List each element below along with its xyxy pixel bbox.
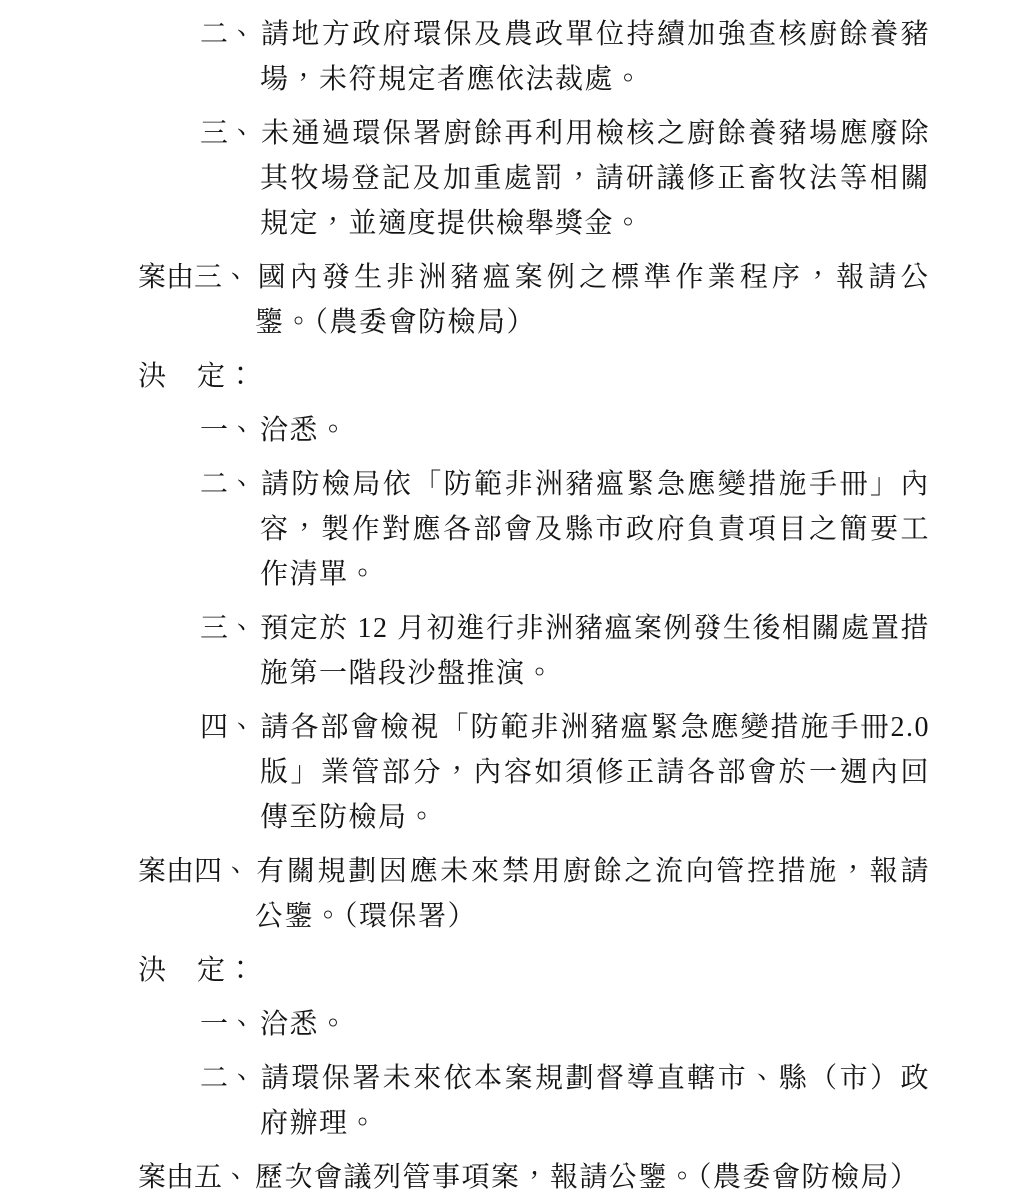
document-page: 二、請地方政府環保及農政單位持續加強查核廚餘養豬場，未符規定者應依法裁處。三、未… <box>0 0 1030 1200</box>
paragraph-text: 國內發生非洲豬瘟案例之標準作業程序，報請公鑒。（農委會防檢局） <box>255 262 930 338</box>
paragraph-label: 三、 <box>200 606 260 651</box>
list-item-paragraph: 三、預定於 12 月初進行非洲豬瘟案例發生後相關處置措施第一階段沙盤推演。 <box>200 606 930 696</box>
paragraph-text: 洽悉。 <box>260 1009 349 1040</box>
list-item-paragraph: 二、請地方政府環保及農政單位持續加強查核廚餘養豬場，未符規定者應依法裁處。 <box>200 12 930 102</box>
list-item-paragraph: 二、請環保署未來依本案規劃督導直轄市、縣（市）政府辦理。 <box>200 1056 930 1146</box>
paragraph-label: 案由三、 <box>138 255 255 300</box>
paragraph-label: 決 定： <box>138 361 256 392</box>
paragraph-label: 四、 <box>200 705 260 750</box>
paragraph-text: 歷次會議列管事項案，報請公鑒。（農委會防檢局） <box>255 1162 920 1193</box>
paragraph-text: 有關規劃因應未來禁用廚餘之流向管控措施，報請公鑒。（環保署） <box>255 856 930 932</box>
list-item-paragraph: 三、未通過環保署廚餘再利用檢核之廚餘養豬場應廢除其牧場登記及加重處罰，請研議修正… <box>200 111 930 246</box>
paragraph-text: 洽悉。 <box>260 415 349 446</box>
list-item-paragraph: 四、請各部會檢視「防範非洲豬瘟緊急應變措施手冊2.0版」業管部分，內容如須修正請… <box>200 705 930 840</box>
paragraph-label: 二、 <box>200 462 260 507</box>
case-heading-paragraph: 案由五、歷次會議列管事項案，報請公鑒。（農委會防檢局） <box>138 1155 930 1200</box>
paragraph-label: 決 定： <box>138 955 256 986</box>
paragraph-label: 案由五、 <box>138 1155 255 1200</box>
paragraph-label: 三、 <box>200 111 260 156</box>
paragraph-label: 一、 <box>200 1002 260 1047</box>
paragraph-text: 未通過環保署廚餘再利用檢核之廚餘養豬場應廢除其牧場登記及加重處罰，請研議修正畜牧… <box>260 118 930 239</box>
paragraph-label: 案由四、 <box>138 849 255 894</box>
paragraph-text: 請各部會檢視「防範非洲豬瘟緊急應變措施手冊2.0版」業管部分，內容如須修正請各部… <box>260 712 930 833</box>
list-item-paragraph: 二、請防檢局依「防範非洲豬瘟緊急應變措施手冊」內容，製作對應各部會及縣市政府負責… <box>200 462 930 597</box>
document-body: 二、請地方政府環保及農政單位持續加強查核廚餘養豬場，未符規定者應依法裁處。三、未… <box>138 12 930 1200</box>
paragraph-label: 二、 <box>200 12 260 57</box>
case-heading-paragraph: 案由四、有關規劃因應未來禁用廚餘之流向管控措施，報請公鑒。（環保署） <box>138 849 930 939</box>
case-heading-paragraph: 案由三、國內發生非洲豬瘟案例之標準作業程序，報請公鑒。（農委會防檢局） <box>138 255 930 345</box>
paragraph-text: 請環保署未來依本案規劃督導直轄市、縣（市）政府辦理。 <box>260 1063 930 1139</box>
decision-paragraph: 決 定： <box>138 354 930 399</box>
paragraph-label: 二、 <box>200 1056 260 1101</box>
paragraph-text: 請地方政府環保及農政單位持續加強查核廚餘養豬場，未符規定者應依法裁處。 <box>260 19 930 95</box>
paragraph-text: 請防檢局依「防範非洲豬瘟緊急應變措施手冊」內容，製作對應各部會及縣市政府負責項目… <box>260 469 930 590</box>
paragraph-text: 預定於 12 月初進行非洲豬瘟案例發生後相關處置措施第一階段沙盤推演。 <box>260 613 930 689</box>
list-item-paragraph: 一、洽悉。 <box>200 408 930 453</box>
list-item-paragraph: 一、洽悉。 <box>200 1002 930 1047</box>
paragraph-label: 一、 <box>200 408 260 453</box>
decision-paragraph: 決 定： <box>138 948 930 993</box>
